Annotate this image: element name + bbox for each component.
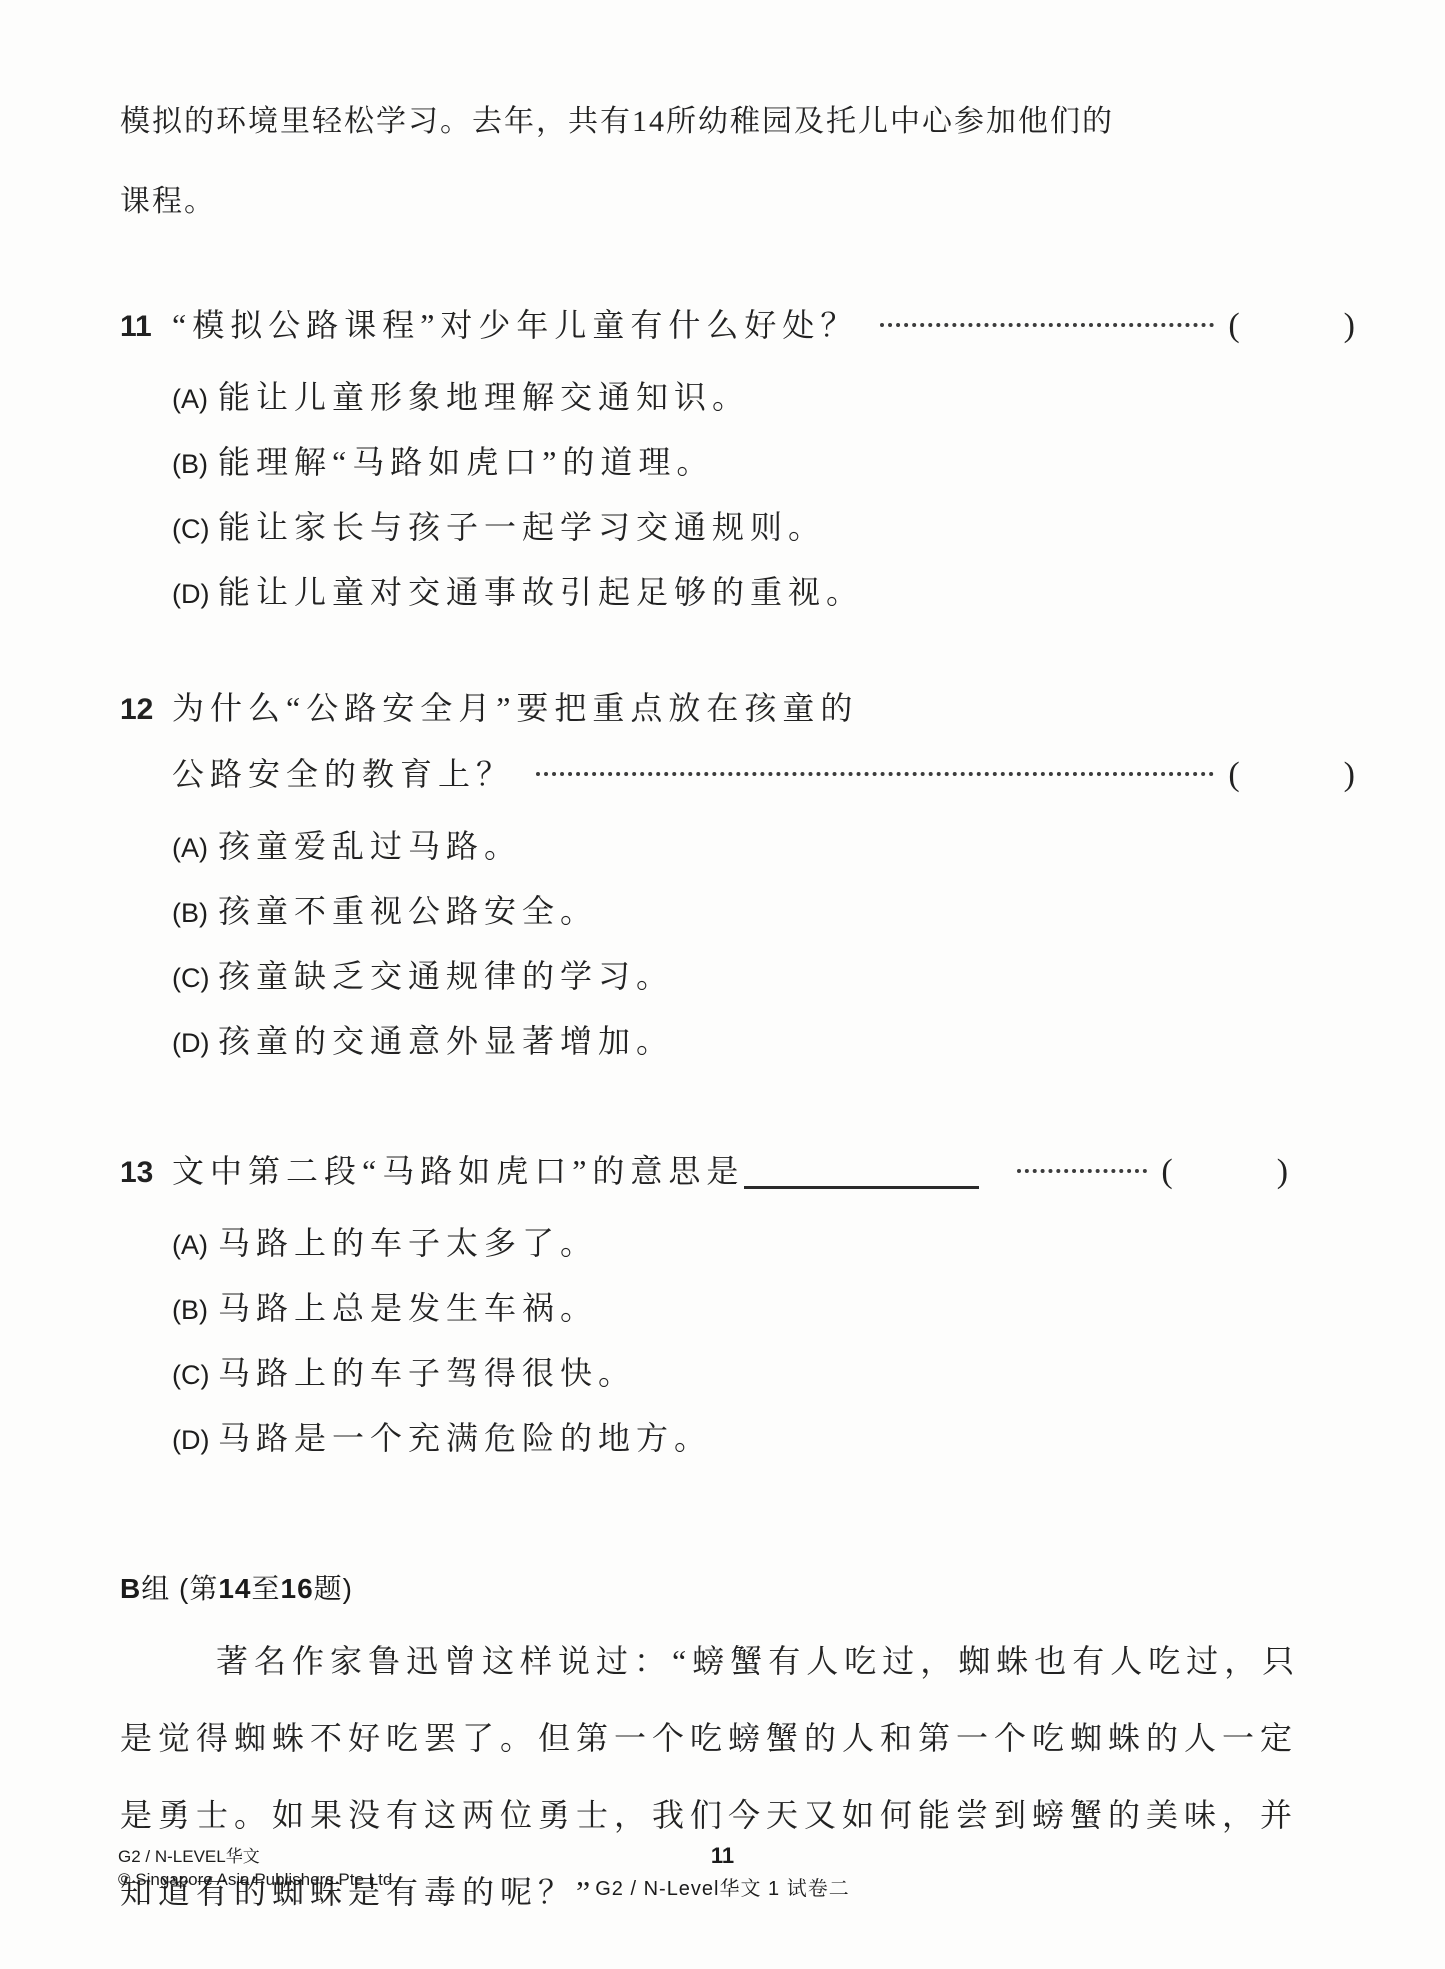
option-text: 孩童的交通意外显著增加。 bbox=[218, 1016, 674, 1062]
passage-line-1: 著名作家鲁迅曾这样说过：“螃蟹有人吃过，蜘蛛也有人吃过，只 bbox=[120, 1623, 1355, 1700]
question-11-options: (A) 能让儿童形象地理解交通知识。 (B) 能理解“马路如虎口”的道理。 (C… bbox=[172, 372, 1355, 613]
option-b: (B) 孩童不重视公路安全。 bbox=[172, 886, 1355, 932]
question-range-start: 14 bbox=[218, 1573, 251, 1604]
question-text-line-2: 公路安全的教育上？ bbox=[172, 749, 514, 795]
passage-line-2: 是觉得蜘蛛不好吃罢了。但第一个吃螃蟹的人和第一个吃蜘蛛的人一定 bbox=[120, 1700, 1355, 1777]
question-12-row-1: 12 为什么“公路安全月”要把重点放在孩童的 bbox=[120, 683, 1355, 729]
intro-line-2: 课程。 bbox=[120, 162, 1355, 242]
option-c: (C) 能让家长与孩子一起学习交通规则。 bbox=[172, 502, 1355, 548]
open-bracket: ( bbox=[1228, 756, 1239, 794]
option-a: (A) 马路上的车子太多了。 bbox=[172, 1218, 1355, 1264]
question-range-end: 16 bbox=[281, 1573, 314, 1604]
footer-publisher-block: G2 / N-LEVEL华文 © Singapore Asia Publishe… bbox=[118, 1845, 392, 1891]
option-d: (D) 孩童的交通意外显著增加。 bbox=[172, 1016, 1355, 1062]
option-text: 能让儿童形象地理解交通知识。 bbox=[218, 372, 750, 418]
open-bracket: ( bbox=[1161, 1153, 1172, 1191]
option-b: (B) 马路上总是发生车祸。 bbox=[172, 1283, 1355, 1329]
open-bracket: ( bbox=[1228, 307, 1239, 345]
answer-brackets: ( ) bbox=[1228, 307, 1355, 345]
option-text: 能让家长与孩子一起学习交通规则。 bbox=[218, 502, 826, 548]
option-label: (C) bbox=[172, 963, 218, 994]
option-text: 马路上的车子驾得很快。 bbox=[218, 1348, 636, 1394]
option-text: 马路上的车子太多了。 bbox=[218, 1218, 598, 1264]
option-label: (D) bbox=[172, 1028, 218, 1059]
section-letter: B bbox=[120, 1573, 141, 1604]
option-text: 马路上总是发生车祸。 bbox=[218, 1283, 598, 1329]
question-number: 12 bbox=[120, 693, 172, 727]
option-text: 孩童爱乱过马路。 bbox=[218, 821, 522, 867]
option-b: (B) 能理解“马路如虎口”的道理。 bbox=[172, 437, 1355, 483]
option-c: (C) 孩童缺乏交通规律的学习。 bbox=[172, 951, 1355, 997]
option-text: 能让儿童对交通事故引起足够的重视。 bbox=[218, 567, 864, 613]
dotted-leader bbox=[880, 323, 1214, 327]
intro-line-1: 模拟的环境里轻松学习。去年，共有14所幼稚园及托儿中心参加他们的 bbox=[120, 82, 1355, 162]
question-text: 文中第二段“马路如虎口”的意思是 bbox=[172, 1146, 744, 1192]
option-text: 能理解“马路如虎口”的道理。 bbox=[218, 437, 714, 483]
dotted-leader bbox=[1017, 1169, 1147, 1173]
option-a: (A) 孩童爱乱过马路。 bbox=[172, 821, 1355, 867]
question-number: 13 bbox=[120, 1156, 172, 1190]
option-label: (A) bbox=[172, 1230, 218, 1261]
option-label: (C) bbox=[172, 1360, 218, 1391]
question-12-options: (A) 孩童爱乱过马路。 (B) 孩童不重视公路安全。 (C) 孩童缺乏交通规律… bbox=[172, 821, 1355, 1062]
dotted-leader bbox=[536, 772, 1214, 776]
question-13: 13 文中第二段“马路如虎口”的意思是 ( ) (A) 马路上的车子太多了。 (… bbox=[120, 1146, 1355, 1459]
question-text: “模拟公路课程”对少年儿童有什么好处？ bbox=[172, 300, 858, 346]
section-b-heading: B组 (第14至16题) bbox=[120, 1567, 1355, 1607]
option-label: (B) bbox=[172, 898, 218, 929]
close-bracket: ) bbox=[1344, 307, 1355, 345]
intro-paragraph: 模拟的环境里轻松学习。去年，共有14所幼稚园及托儿中心参加他们的 课程。 bbox=[120, 82, 1355, 242]
footer-copyright: © Singapore Asia Publishers Pte Ltd bbox=[118, 1868, 392, 1891]
page-footer: G2 / N-LEVEL华文 © Singapore Asia Publishe… bbox=[0, 1843, 1445, 1901]
option-label: (C) bbox=[172, 514, 218, 545]
option-label: (A) bbox=[172, 384, 218, 415]
answer-blank-line bbox=[744, 1186, 979, 1189]
option-label: (D) bbox=[172, 1425, 218, 1456]
option-text: 孩童不重视公路安全。 bbox=[218, 886, 598, 932]
option-d: (D) 能让儿童对交通事故引起足够的重视。 bbox=[172, 567, 1355, 613]
heading-text: 题) bbox=[314, 1573, 353, 1604]
option-label: (B) bbox=[172, 1295, 218, 1326]
option-text: 马路是一个充满危险的地方。 bbox=[218, 1413, 712, 1459]
close-bracket: ) bbox=[1344, 756, 1355, 794]
option-label: (A) bbox=[172, 833, 218, 864]
option-label: (B) bbox=[172, 449, 218, 480]
question-13-options: (A) 马路上的车子太多了。 (B) 马路上总是发生车祸。 (C) 马路上的车子… bbox=[172, 1218, 1355, 1459]
option-a: (A) 能让儿童形象地理解交通知识。 bbox=[172, 372, 1355, 418]
heading-text: 至 bbox=[252, 1573, 281, 1604]
question-12-row-2: 公路安全的教育上？ ( ) bbox=[120, 749, 1355, 795]
answer-brackets: ( ) bbox=[1228, 756, 1355, 794]
option-c: (C) 马路上的车子驾得很快。 bbox=[172, 1348, 1355, 1394]
option-d: (D) 马路是一个充满危险的地方。 bbox=[172, 1413, 1355, 1459]
question-13-row: 13 文中第二段“马路如虎口”的意思是 ( ) bbox=[120, 1146, 1355, 1192]
close-bracket: ) bbox=[1277, 1153, 1288, 1191]
question-11: 11 “模拟公路课程”对少年儿童有什么好处？ ( ) (A) 能让儿童形象地理解… bbox=[120, 300, 1355, 613]
question-number: 11 bbox=[120, 310, 172, 344]
option-text: 孩童缺乏交通规律的学习。 bbox=[218, 951, 674, 997]
footer-series-title: G2 / N-LEVEL华文 bbox=[118, 1845, 392, 1868]
question-text-line-1: 为什么“公路安全月”要把重点放在孩童的 bbox=[172, 683, 858, 729]
question-11-row: 11 “模拟公路课程”对少年儿童有什么好处？ ( ) bbox=[120, 300, 1355, 346]
option-label: (D) bbox=[172, 579, 218, 610]
heading-text: 组 (第 bbox=[141, 1573, 218, 1604]
question-12: 12 为什么“公路安全月”要把重点放在孩童的 公路安全的教育上？ ( ) (A)… bbox=[120, 683, 1355, 1062]
answer-brackets: ( ) bbox=[1161, 1153, 1288, 1191]
exam-page: 模拟的环境里轻松学习。去年，共有14所幼稚园及托儿中心参加他们的 课程。 11 … bbox=[0, 0, 1445, 1931]
